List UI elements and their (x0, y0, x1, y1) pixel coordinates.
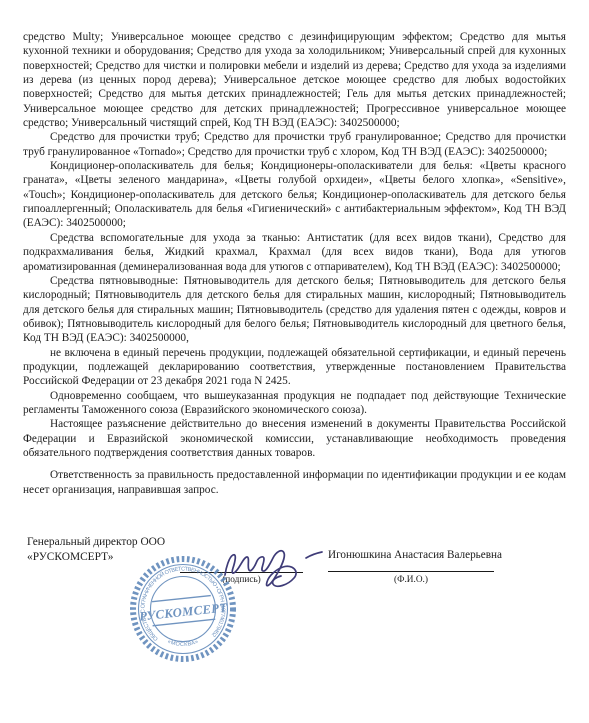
document-page: средство Multy; Универсальное моющее сре… (0, 0, 589, 723)
stamp-top-bar (152, 596, 211, 602)
paragraph-products-universal: средство Multy; Универсальное моющее сре… (23, 30, 566, 130)
document-body: средство Multy; Универсальное моющее сре… (23, 30, 566, 497)
signatory-title-line1: Генеральный директор ООО (27, 535, 207, 550)
signatory-name: Игонюшкина Анастасия Валерьевна (328, 549, 494, 561)
paragraph-conditioners: Кондиционер-ополаскиватель для белья; Ко… (23, 159, 566, 231)
paragraph-pipe-cleaners: Средство для прочистки труб; Средство дл… (23, 130, 566, 159)
handwritten-signature-icon (220, 544, 340, 592)
fio-caption: (Ф.И.О.) (328, 575, 494, 585)
fio-line (328, 571, 494, 572)
paragraph-validity: Настоящее разъяснение действительно до в… (23, 417, 566, 460)
stamp-company-name: РУСКОМСЕРТ (139, 600, 229, 623)
signature-dash-stroke (306, 552, 322, 558)
paragraph-stain-removers: Средства пятновыводные: Пятновыводитель … (23, 274, 566, 346)
signature-stroke (225, 551, 296, 586)
paragraph-not-included: не включена в единый перечень продукции,… (23, 346, 566, 389)
paragraph-fabric-care: Средства вспомогательные для ухода за тк… (23, 231, 566, 274)
paragraph-responsibility: Ответственность за правильность предоста… (23, 468, 566, 497)
paragraph-tech-regulations: Одновременно сообщаем, что вышеуказанная… (23, 389, 566, 418)
stamp-ring-text-bottom: «МОСКВА» (167, 639, 200, 648)
